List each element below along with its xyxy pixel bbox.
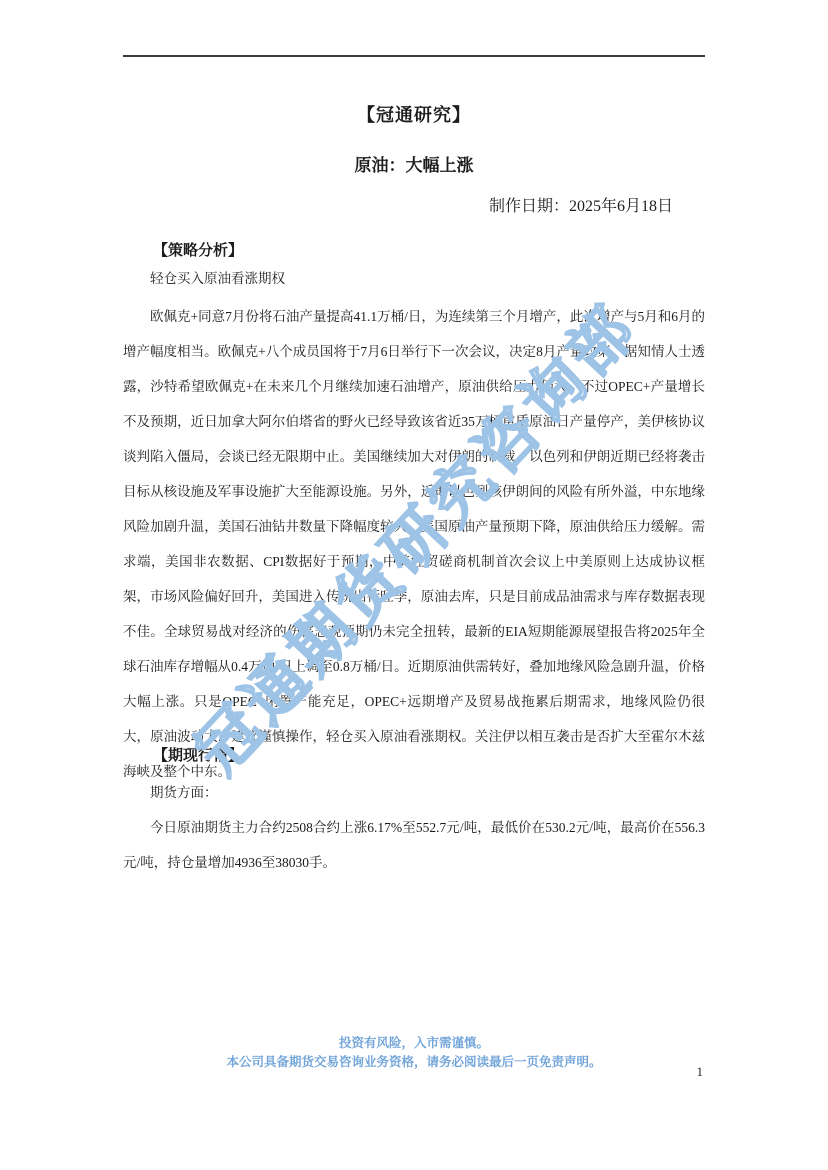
report-page: 冠通期货研究咨询部 【冠通研究】 原油：大幅上涨 制作日期：2025年6月18日…	[0, 0, 828, 1170]
futures-lead-paragraph: 期货方面：	[123, 775, 705, 810]
footer-risk-warning: 投资有风险，入市需谨慎。	[0, 1034, 828, 1053]
footer-qualification-note: 本公司具备期货交易咨询业务资格，请务必阅读最后一页免责声明。	[0, 1053, 828, 1072]
section-heading-strategy-analysis: 【策略分析】	[123, 239, 705, 260]
report-title: 【冠通研究】	[0, 101, 828, 127]
report-date: 制作日期：2025年6月18日	[123, 193, 705, 216]
futures-detail-paragraph: 今日原油期货主力合约2508合约上涨6.17%至552.7元/吨，最低价在530…	[123, 810, 705, 880]
header-rule	[123, 55, 705, 57]
section-heading-futures-market: 【期现行情】	[123, 744, 705, 765]
page-number: 1	[697, 1064, 704, 1080]
strategy-analysis-paragraph: 欧佩克+同意7月份将石油产量提高41.1万桶/日，为连续第三个月增产，此次增产与…	[123, 299, 705, 789]
report-subtitle: 原油：大幅上涨	[0, 151, 828, 176]
footer-disclaimer: 投资有风险，入市需谨慎。 本公司具备期货交易咨询业务资格，请务必阅读最后一页免责…	[0, 1034, 828, 1071]
strategy-lead-paragraph: 轻仓买入原油看涨期权	[123, 261, 705, 296]
